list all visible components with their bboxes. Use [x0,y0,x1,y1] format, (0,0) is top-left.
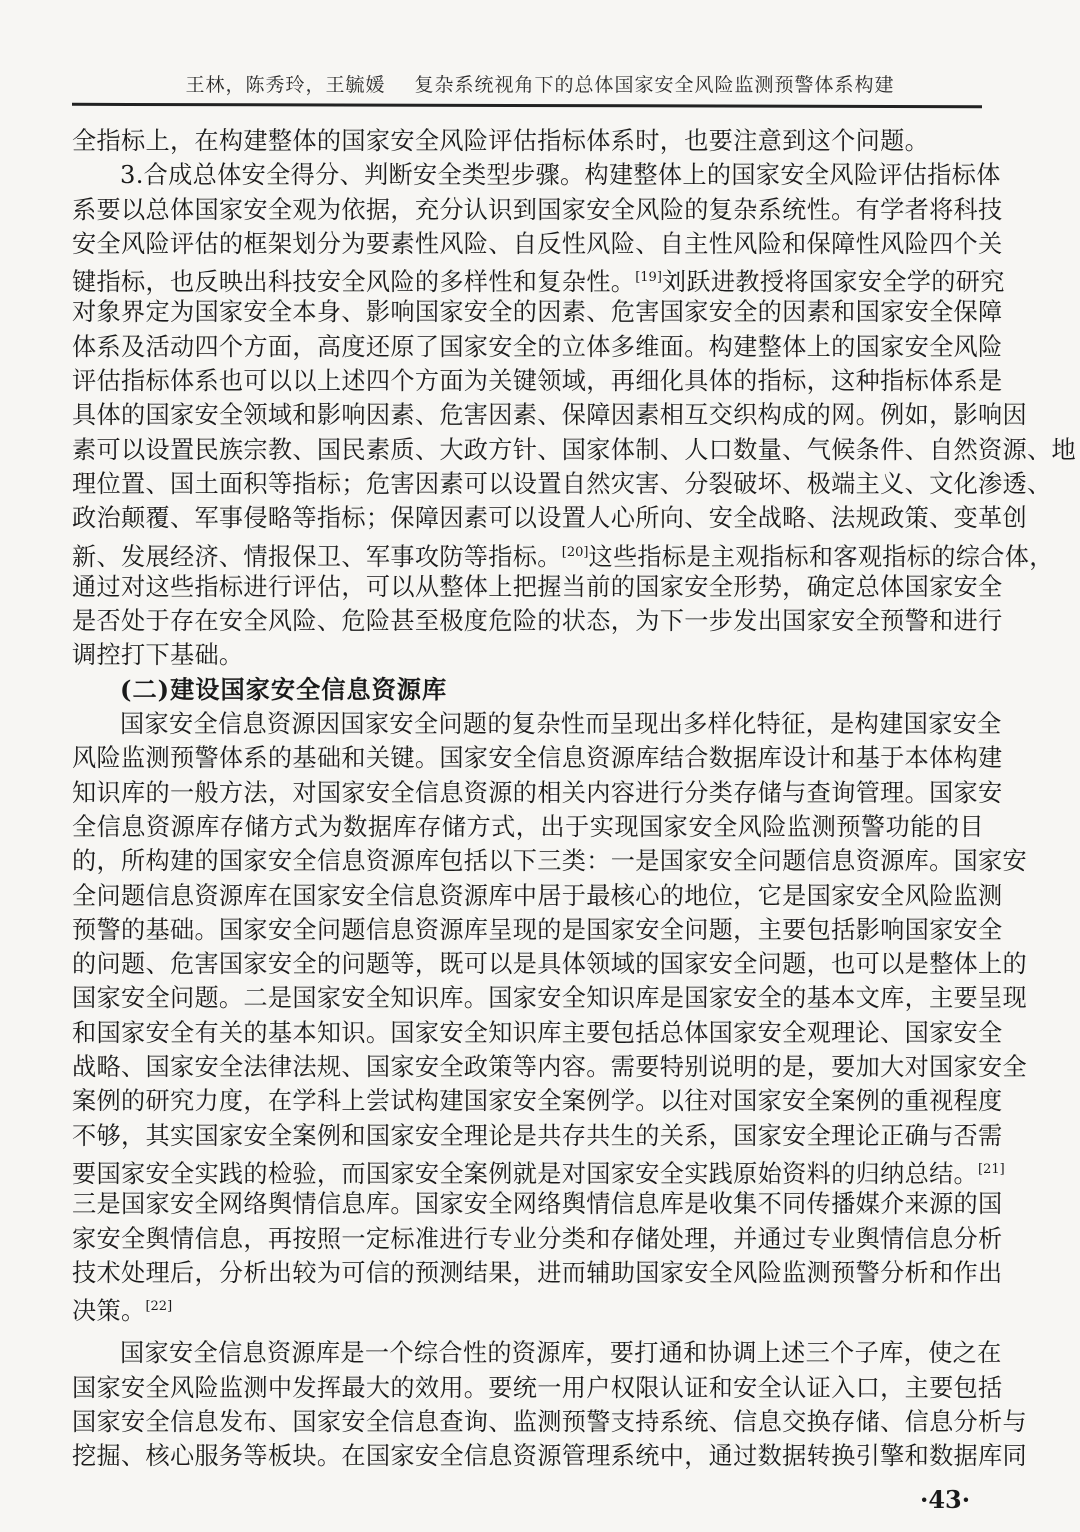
text-line: 是否处于存在安全风险、危险甚至极度危险的状态，为下一步发出国家安全预警和进行 [72,604,984,638]
text-line: 国家安全信息资源库是一个综合性的资源库，要打通和协调上述三个子库，使之在 [72,1336,984,1370]
text-line: 素可以设置民族宗教、国民素质、大政方针、国家体制、人口数量、气候条件、自然资源、… [72,433,984,467]
text-line: 调控打下基础。 [72,638,984,672]
paragraph: 国家安全信息资源因国家安全问题的复杂性而呈现出多样化特征，是构建国家安全风险监测… [72,707,984,1324]
text-line: 评估指标体系也可以以上述四个方面为关键领域，再细化具体的指标，这种指标体系是 [72,364,984,398]
text-line: 政治颠覆、军事侵略等指标；保障因素可以设置人心所向、安全战略、法规政策、变革创 [72,501,984,535]
text-line: 技术处理后，分析出较为可信的预测结果，进而辅助国家安全风险监测预警分析和作出 [72,1256,984,1290]
text-line: 安全风险评估的框架划分为要素性风险、自反性风险、自主性风险和保障性风险四个关 [72,227,984,261]
text-line: 预警的基础。国家安全问题信息资源库呈现的是国家安全问题，主要包括影响国家安全 [72,913,984,947]
text-line: 全信息资源库存储方式为数据库存储方式，出于实现国家安全风险监测预警功能的目 [72,810,984,844]
text-line: 通过对这些指标进行评估，可以从整体上把握当前的国家安全形势，确定总体国家安全 [72,570,984,604]
text-line: 和国家安全有关的基本知识。国家安全知识库主要包括总体国家安全观理论、国家安全 [72,1016,984,1050]
text-line: 新、发展经济、情报保卫、军事攻防等指标。[20]这些指标是主观指标和客观指标的综… [72,536,984,570]
text-line: 的问题、危害国家安全的问题等，既可以是具体领域的国家安全问题，也可以是整体上的 [72,947,984,981]
text-line: 理位置、国土面积等指标；危害因素可以设置自然灾害、分裂破坏、极端主义、文化渗透、 [72,467,984,501]
text-line: 知识库的一般方法，对国家安全信息资源的相关内容进行分类存储与查询管理。国家安 [72,776,984,810]
header-authors: 王林，陈秀玲，王毓媛 [185,74,385,96]
paragraph: 国家安全信息资源库是一个综合性的资源库，要打通和协调上述三个子库，使之在国家安全… [72,1336,984,1473]
text-line: 战略、国家安全法律法规、国家安全政策等内容。需要特别说明的是，要加大对国家安全 [72,1050,984,1084]
citation-ref: [22] [145,1299,172,1314]
text-line: 国家安全问题。二是国家安全知识库。国家安全知识库是国家安全的基本文库，主要呈现 [72,981,984,1015]
text-line: 对象界定为国家安全本身、影响国家安全的因素、危害国家安全的因素和国家安全保障 [72,295,984,329]
text-line: 要国家安全实践的检验，而国家安全案例就是对国家安全实践原始资料的归纳总结。[21… [72,1153,984,1187]
text-line: 风险监测预警体系的基础和关键。国家安全信息资源库结合数据库设计和基于本体构建 [72,741,984,775]
paragraph: 全指标上，在构建整体的国家安全风险评估指标体系时，也要注意到这个问题。 [72,124,984,158]
running-header: 王林，陈秀玲，王毓媛 复杂系统视角下的总体国家安全风险监测预警体系构建 [0,70,1080,97]
paragraph: 3.合成总体安全得分、判断安全类型步骤。构建整体上的国家安全风险评估指标体系要以… [72,158,984,672]
body-text: 全指标上，在构建整体的国家安全风险评估指标体系时，也要注意到这个问题。3.合成总… [72,124,984,1474]
text-line: 国家安全信息发布、国家安全信息查询、监测预警支持系统、信息交换存储、信息分析与 [72,1405,984,1439]
header-rule [72,103,982,108]
journal-page: 王林，陈秀玲，王毓媛 复杂系统视角下的总体国家安全风险监测预警体系构建 全指标上… [0,0,1080,1532]
header-title: 复杂系统视角下的总体国家安全风险监测预警体系构建 [415,74,895,96]
text-line: 3.合成总体安全得分、判断安全类型步骤。构建整体上的国家安全风险评估指标体 [72,158,984,192]
text-line: 案例的研究力度，在学科上尝试构建国家安全案例学。以往对国家安全案例的重视程度 [72,1084,984,1118]
text-line: 三是国家安全网络舆情信息库。国家安全网络舆情信息库是收集不同传播媒介来源的国 [72,1187,984,1221]
text-line: 全问题信息资源库在国家安全信息资源库中居于最核心的地位，它是国家安全风险监测 [72,879,984,913]
text-line: 挖掘、核心服务等板块。在国家安全信息资源管理系统中，通过数据转换引擎和数据库同 [72,1439,984,1473]
text-line: 具体的国家安全领域和影响因素、危害因素、保障因素相互交织构成的网。例如，影响因 [72,398,984,432]
text-line: 国家安全风险监测中发挥最大的效用。要统一用户权限认证和安全认证入口，主要包括 [72,1371,984,1405]
text-line: 全指标上，在构建整体的国家安全风险评估指标体系时，也要注意到这个问题。 [72,124,984,158]
citation-ref: [21] [978,1162,1005,1177]
text-line: 不够，其实国家安全案例和国家安全理论是共存共生的关系，国家安全理论正确与否需 [72,1119,984,1153]
text-line: 国家安全信息资源因国家安全问题的复杂性而呈现出多样化特征，是构建国家安全 [72,707,984,741]
citation-ref: [20] [562,545,589,560]
text-line: 键指标，也反映出科技安全风险的多样性和复杂性。[19]刘跃进教授将国家安全学的研… [72,261,984,295]
section-heading: (二)建设国家安全信息资源库 [72,673,984,707]
text-line: 系要以总体国家安全观为依据，充分认识到国家安全风险的复杂系统性。有学者将科技 [72,193,984,227]
text-line: 体系及活动四个方面，高度还原了国家安全的立体多维面。构建整体上的国家安全风险 [72,330,984,364]
text-line: 家安全舆情信息，再按照一定标准进行专业分类和存储处理，并通过专业舆情信息分析 [72,1222,984,1256]
text-line: 的，所构建的国家安全信息资源库包括以下三类：一是国家安全问题信息资源库。国家安 [72,844,984,878]
text-line: 决策。[22] [72,1290,984,1324]
citation-ref: [19] [635,270,662,285]
page-number: ·43· [920,1485,970,1514]
